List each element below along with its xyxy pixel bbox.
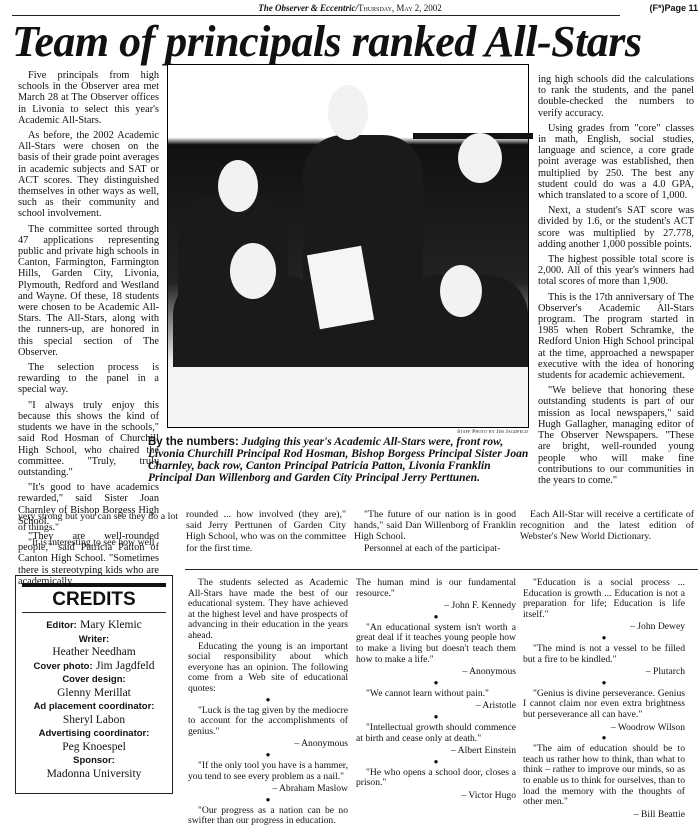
paragraph: "The future of our nation is in good han… xyxy=(354,509,516,543)
credits-rule xyxy=(22,612,166,613)
paragraph: Personnel at each of the participat- xyxy=(354,543,516,554)
credit-cover-design-role: Cover design: xyxy=(16,673,172,687)
quotes-column-2: The human mind is our fundamental resour… xyxy=(356,578,516,802)
photo-face xyxy=(458,133,502,183)
paragraph: "I always truly enjoy this because this … xyxy=(18,400,159,478)
article-column-2: rounded ... how involved (they are)," sa… xyxy=(186,509,346,558)
quote-text: "Luck is the tag given by the mediocre t… xyxy=(188,706,348,738)
issue-date: Thursday, May 2, 2002 xyxy=(358,3,442,13)
credit-cover-photo: Cover photo: Jim Jagdfeld xyxy=(16,660,172,674)
paragraph: Five principals from high schools in the… xyxy=(18,70,159,126)
credits-top-bar xyxy=(22,583,166,587)
quote-author: – Aristotle xyxy=(356,701,516,712)
paragraph: "It is interesting to see how well xyxy=(18,537,178,548)
quote-author: – Plutarch xyxy=(523,667,685,678)
credit-advertising-role: Advertising coordinator: xyxy=(16,727,172,741)
article-column-4: ing high schools did the calculations to… xyxy=(538,74,694,490)
quote-text: "He who opens a school door, closes a pr… xyxy=(356,768,516,789)
credit-cover-design-name: Glenny Merillat xyxy=(16,687,172,701)
quote-text: "Education is a social process ... Educa… xyxy=(523,578,685,620)
bullet-separator: ● xyxy=(188,751,348,759)
paragraph: The highest possible total score is 2,00… xyxy=(538,254,694,288)
paragraph: Using grades from "core" classes in math… xyxy=(538,123,694,201)
principals-photo xyxy=(167,64,529,428)
article-column-3: "The future of our nation is in good han… xyxy=(354,509,516,558)
quote-text: "An educational system isn't worth a gre… xyxy=(356,623,516,665)
paragraph: The selection process is rewarding to th… xyxy=(18,362,159,396)
quote-author: – Victor Hugo xyxy=(356,791,516,802)
paragraph: very strong but you can see they do a lo… xyxy=(18,511,178,533)
quote-author: – John Dewey xyxy=(523,622,685,633)
quote-text: "If the only tool you have is a hammer, … xyxy=(188,761,348,782)
credit-sponsor-role: Sponsor: xyxy=(16,754,172,768)
paragraph: The committee sorted through 47 applicat… xyxy=(18,224,159,358)
quote-text: The human mind is our fundamental resour… xyxy=(356,578,516,599)
paper-name: The Observer & Eccentric/ xyxy=(258,3,358,13)
quote-author: – Bill Beattie xyxy=(523,810,685,821)
credits-box: CREDITS Editor: Mary Klemic Writer: Heat… xyxy=(15,575,173,794)
credit-ad-placement-role: Ad placement coordinator: xyxy=(16,700,172,714)
quote-text: "The mind is not a vessel to be filled b… xyxy=(523,644,685,665)
quote-text: "Intellectual growth should commence at … xyxy=(356,723,516,744)
bullet-separator: ● xyxy=(356,613,516,621)
paragraph: Each All-Star will receive a certificate… xyxy=(520,509,694,543)
photo-desk xyxy=(168,367,528,427)
quote-author: – Anonymous xyxy=(188,739,348,750)
credit-editor: Editor: Mary Klemic xyxy=(16,619,172,633)
credit-ad-placement-name: Sheryl Labon xyxy=(16,714,172,728)
paragraph: Next, a student's SAT score was divided … xyxy=(538,205,694,250)
credit-advertising-name: Peg Knoespel xyxy=(16,741,172,755)
photo-face xyxy=(230,243,276,299)
article-column-1-continued: very strong but you can see they do a lo… xyxy=(18,511,178,553)
credit-writer-name: Heather Needham xyxy=(16,646,172,660)
credits-title: CREDITS xyxy=(16,589,172,611)
page-number: (F*)Page 11 xyxy=(649,3,698,13)
photo-face xyxy=(218,160,258,212)
quote-author: – Anonymous xyxy=(356,667,516,678)
quotes-column-1: The students selected as Academic All-St… xyxy=(188,578,348,827)
section-divider xyxy=(185,569,698,570)
masthead-title: The Observer & Eccentric/Thursday, May 2… xyxy=(0,3,700,13)
caption-lead: By the numbers: xyxy=(148,436,239,448)
photo-credit: Staff Photo by Jim Jagdfeld xyxy=(380,429,528,435)
masthead-rule xyxy=(12,15,620,16)
intro-paragraph: The students selected as Academic All-St… xyxy=(188,578,348,642)
photo-caption: By the numbers: Judging this year's Acad… xyxy=(148,436,533,484)
quote-text: "The aim of education should be to teach… xyxy=(523,744,685,808)
headline: Team of principals ranked All-Stars xyxy=(12,20,700,64)
masthead: The Observer & Eccentric/Thursday, May 2… xyxy=(0,0,700,18)
article-column-1: Five principals from high schools in the… xyxy=(18,70,159,587)
quote-author: – Albert Einstein xyxy=(356,746,516,757)
intro-paragraph: Educating the young is an important soci… xyxy=(188,642,348,695)
credit-writer-role: Writer: xyxy=(16,633,172,647)
bullet-separator: ● xyxy=(356,758,516,766)
bullet-separator: ● xyxy=(188,796,348,804)
photo-face xyxy=(328,85,368,140)
quote-author: – Woodrow Wilson xyxy=(523,723,685,734)
quote-text: "Our progress as a nation can be no swif… xyxy=(188,806,348,827)
quote-author: – John F. Kennedy xyxy=(356,601,516,612)
credit-sponsor-name: Madonna University xyxy=(16,768,172,782)
bullet-separator: ● xyxy=(523,679,685,687)
paragraph: rounded ... how involved (they are)," sa… xyxy=(186,509,346,554)
bullet-separator: ● xyxy=(523,634,685,642)
quote-text: "Genius is divine perseverance. Genius I… xyxy=(523,689,685,721)
bullet-separator: ● xyxy=(356,679,516,687)
paragraph: ing high schools did the calculations to… xyxy=(538,74,694,119)
paragraph: As before, the 2002 Academic All-Stars w… xyxy=(18,130,159,220)
quote-author: – Abraham Maslow xyxy=(188,784,348,795)
paragraph: This is the 17th anniversary of The Obse… xyxy=(538,292,694,382)
article-column-5: Each All-Star will receive a certificate… xyxy=(520,509,694,547)
bullet-separator: ● xyxy=(356,713,516,721)
quotes-column-3: "Education is a social process ... Educa… xyxy=(523,578,685,820)
quote-text: "We cannot learn without pain." xyxy=(356,689,516,700)
paragraph: "We believe that honoring these outstand… xyxy=(538,385,694,486)
bullet-separator: ● xyxy=(523,734,685,742)
photo-face xyxy=(440,265,482,317)
bullet-separator: ● xyxy=(188,696,348,704)
